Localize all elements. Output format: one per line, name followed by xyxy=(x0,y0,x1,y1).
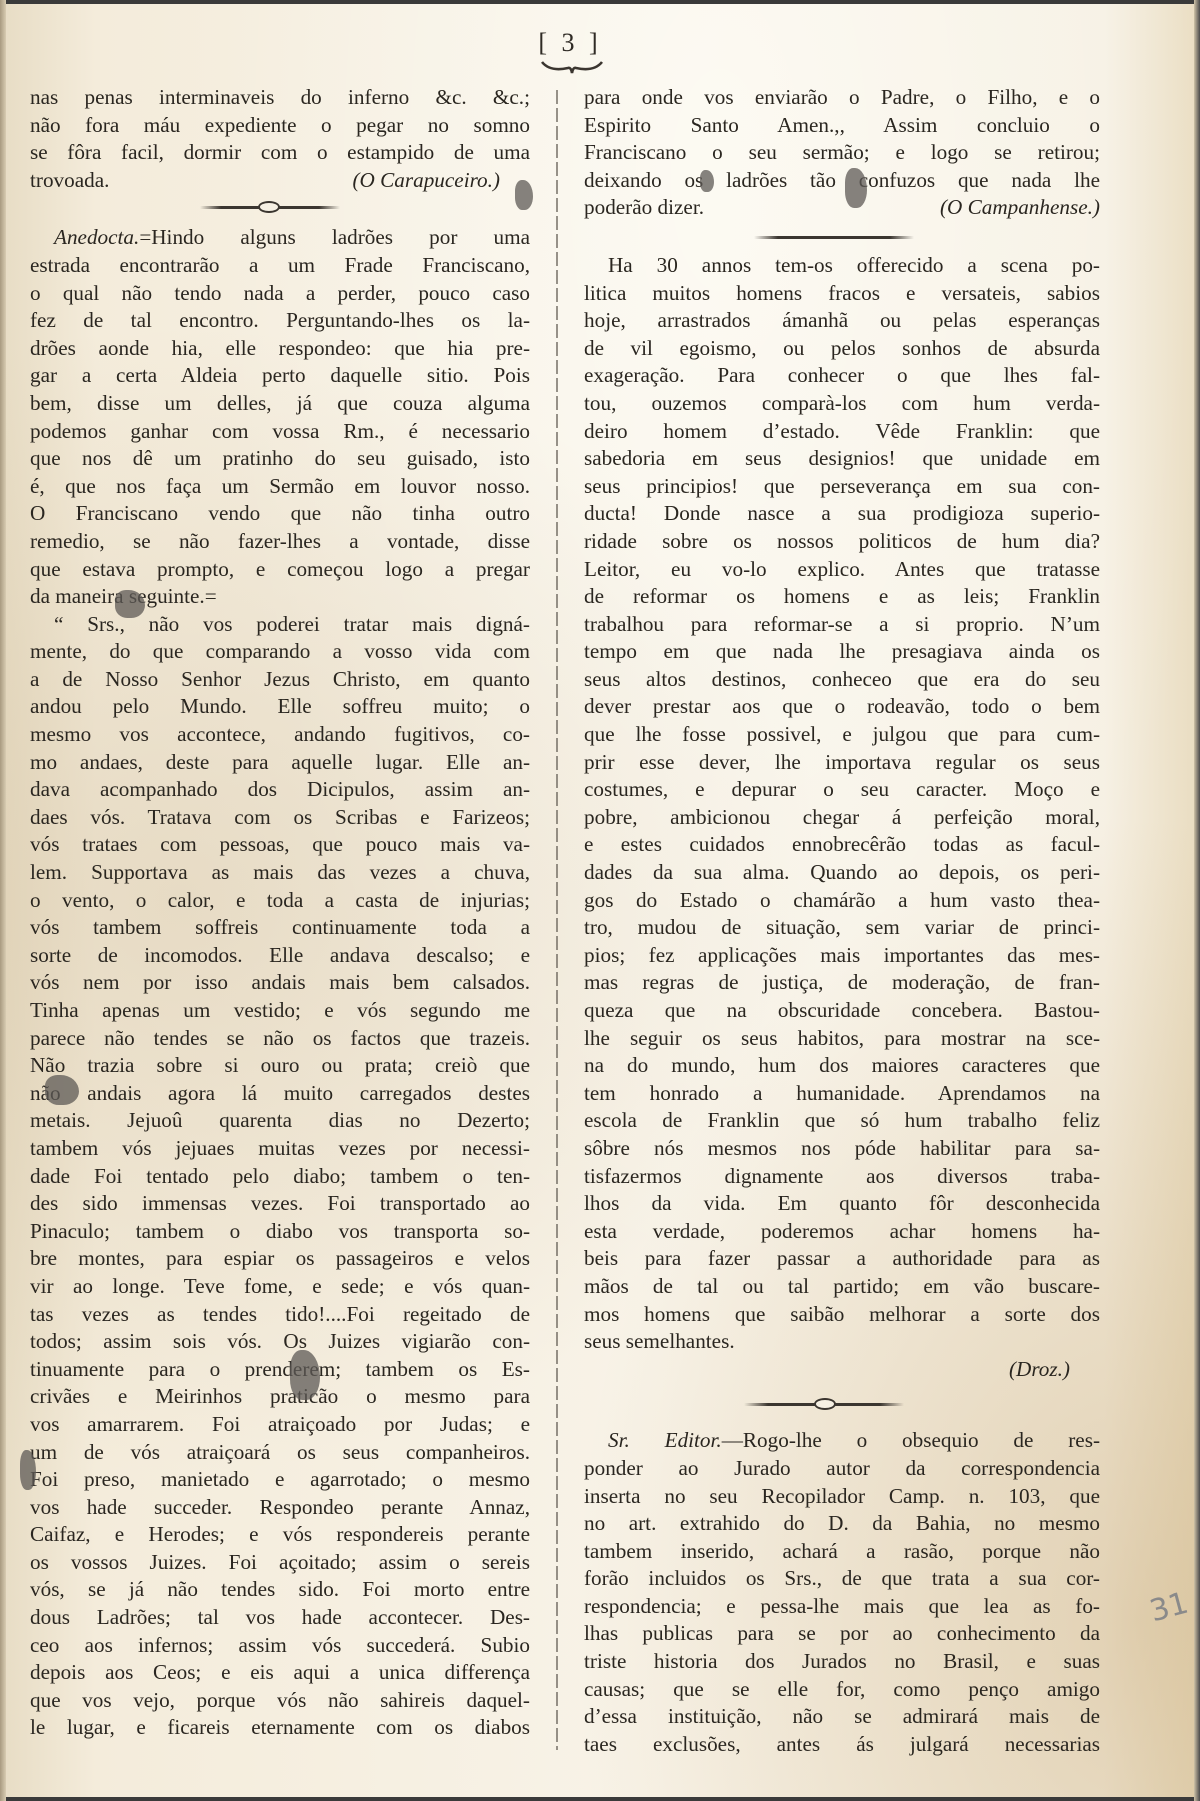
text-line: estrada encontrarão a um Frade Francisca… xyxy=(30,252,530,280)
text-line: des sido immensas vezes. Foi transportad… xyxy=(30,1190,530,1218)
text-line: que estava prompto, e começou logo a pre… xyxy=(30,556,530,584)
text-line: fez de tal encontro. Perguntando-lhes os… xyxy=(30,307,530,335)
text-line: Anedocta.=Hindo alguns ladrões por uma xyxy=(30,224,530,252)
text-line: daes vós. Tratava com os Scribas e Fariz… xyxy=(30,804,530,832)
text-line: trabalhou para reformar-se a si proprio.… xyxy=(584,611,1100,639)
text-line: tem honrado a humanidade. Aprendamos na xyxy=(584,1080,1100,1108)
text-line: escola de Franklin que só hum trabalho f… xyxy=(584,1107,1100,1135)
text-line: O Franciscano vendo que não tinha outro xyxy=(30,500,530,528)
text-line: pios; fez applicações mais importantes d… xyxy=(584,942,1100,970)
text-line: taes exclusões, antes ás julgará necessa… xyxy=(584,1731,1100,1759)
text-line: os vossos Juizes. Foi açoitado; assim o … xyxy=(30,1549,530,1577)
text-line: ponder ao Jurado autor da correspondenci… xyxy=(584,1455,1100,1483)
text-line: bre montes, para espiar os passageiros e… xyxy=(30,1245,530,1273)
scan-bottom-edge xyxy=(0,1797,1200,1801)
text-line: exageração. Para conhecer o que lhes fal… xyxy=(584,362,1100,390)
margin-note: 31 xyxy=(1146,1586,1192,1630)
text-line: dades da sua alma. Quando ao depois, os … xyxy=(584,859,1100,887)
text-line: e estes cuidados ennobrecêrão todas as f… xyxy=(584,831,1100,859)
ink-stain xyxy=(45,1075,79,1105)
text-line: depois aos Ceos; e eis aqui a unica diff… xyxy=(30,1659,530,1687)
text-line: nas penas interminaveis do inferno &c. &… xyxy=(30,84,530,112)
text-line: tempo em que nada lhe presagiava ainda o… xyxy=(584,638,1100,666)
text-line: respondencia; e pessa-lhe mais que lea a… xyxy=(584,1593,1100,1621)
text-line: seus principios! que perseverança em sua… xyxy=(584,473,1100,501)
newspaper-page: [ 3 ] nas penas interminaveis do inferno… xyxy=(0,0,1200,1801)
text-line: tambem inserido, achará a rasão, porque … xyxy=(584,1538,1100,1566)
text-line: ceo aos infernos; assim vós succederá. S… xyxy=(30,1632,530,1660)
brace-ornament-icon xyxy=(540,60,604,74)
text-line: lhos da vida. Em quanto fôr desconhecida xyxy=(584,1190,1100,1218)
ink-stain xyxy=(20,1450,36,1490)
text-line: inserta no seu Recopilador Camp. n. 103,… xyxy=(584,1483,1100,1511)
text-line: que nos dê um pratinho do seu guisado, i… xyxy=(30,445,530,473)
text-line: mos homens que saibão melhorar a sorte d… xyxy=(584,1301,1100,1329)
ink-stain xyxy=(700,170,714,192)
text-line: metais. Jejuoû quarenta dias no Dezerto; xyxy=(30,1107,530,1135)
source-attribution: (O Carapuceiro.) xyxy=(352,167,530,195)
text-line: d’essa instituição, não se admirará mais… xyxy=(584,1703,1100,1731)
text-line: Não trazia sobre si ouro ou prata; creiò… xyxy=(30,1052,530,1080)
text-line: lem. Supportava as mais das vezes a chuv… xyxy=(30,859,530,887)
text-line: ducta! Donde nasce a sua prodigioza supe… xyxy=(584,500,1100,528)
text-line: sabedoria em seus designios! que unidade… xyxy=(584,445,1100,473)
text-line: de vil egoismo, ou pelos sonhos de absur… xyxy=(584,335,1100,363)
text-line: não andais agora lá muito carregados des… xyxy=(30,1080,530,1108)
scan-top-edge xyxy=(0,0,1200,4)
text-line: “ Srs., não vos poderei tratar mais dign… xyxy=(30,611,530,639)
text-line: sôbre nós mesmos nos póde habilitar para… xyxy=(584,1135,1100,1163)
text-line: costumes, e depurar o seu caracter. Moço… xyxy=(584,776,1100,804)
text-line: dever prestar aos que o rodeavão, todo o… xyxy=(584,693,1100,721)
text-line: é, que nos faça um Sermão em louvor noss… xyxy=(30,473,530,501)
text-line: deixando os ladrões tão confuzos que nad… xyxy=(584,167,1100,195)
text-line: o vento, o calor, e toda a casta de inju… xyxy=(30,887,530,915)
text-line: sorte de incomodos. Elle andava descalso… xyxy=(30,942,530,970)
article-label: Sr. Editor. xyxy=(608,1428,722,1452)
text-line: andou pelo Mundo. Elle soffreu muito; o xyxy=(30,693,530,721)
section-divider xyxy=(584,1383,1100,1427)
text-line: vós, se já não tendes sido. Foi morto en… xyxy=(30,1576,530,1604)
text-line: dous Ladrões; tal vos hade accontecer. D… xyxy=(30,1604,530,1632)
text-line: vos hade succeder. Respondeo perante Ann… xyxy=(30,1494,530,1522)
text-line: para onde vos enviarão o Padre, o Filho,… xyxy=(584,84,1100,112)
text-line: Espirito Santo Amen.,, Assim concluio o xyxy=(584,112,1100,140)
text-fragment: poderão dizer. xyxy=(584,195,704,219)
article-label: Anedocta. xyxy=(54,225,139,249)
text-line: mente, do que comparando a vosso vida co… xyxy=(30,638,530,666)
text-line: queza que na obscuridade concebera. Bast… xyxy=(584,997,1100,1025)
text-line: a de Nosso Senhor Jezus Christo, em quan… xyxy=(30,666,530,694)
page-number: [ 3 ] xyxy=(535,28,605,58)
text-line: pobre, ambicionou chegar á perfeição mor… xyxy=(584,804,1100,832)
ink-stain xyxy=(515,180,533,210)
text-line: bem, disse um delles, já que couza algum… xyxy=(30,390,530,418)
text-line: triste historia dos Jurados no Brasil, e… xyxy=(584,1648,1100,1676)
section-divider xyxy=(584,222,1100,252)
text-line: remedio, se não fazer-lhes a vontade, di… xyxy=(30,528,530,556)
text-line: beis para fazer passar a authoridade par… xyxy=(584,1245,1100,1273)
text-line: podemos ganhar com vossa Rm., é necessar… xyxy=(30,418,530,446)
text-line: crivães e Meirinhos praticão o mesmo par… xyxy=(30,1383,530,1411)
text-line: Tinha apenas um vestido; e vós segundo m… xyxy=(30,997,530,1025)
text-line: vos amarrarem. Foi atraiçoado por Judas;… xyxy=(30,1411,530,1439)
source-attribution: (Droz.) xyxy=(584,1356,1100,1384)
ink-stain xyxy=(115,590,145,618)
text-line: vós nem por isso andais mais bem calsado… xyxy=(30,969,530,997)
text-line: vir ao longe. Teve fome, e sede; e vós q… xyxy=(30,1273,530,1301)
text-line: o qual não tendo nada a perder, pouco ca… xyxy=(30,280,530,308)
text-line: le lugar, e ficareis eternamente com os … xyxy=(30,1714,530,1742)
text-line: mesmo vos accontece, andando fugitivos, … xyxy=(30,721,530,749)
ink-stain xyxy=(845,168,867,208)
text-line: gos do Estado o chamárão a hum vasto the… xyxy=(584,887,1100,915)
text-line: esta verdade, poderemos achar homens ha- xyxy=(584,1218,1100,1246)
text-line: um de vós atraiçoará os seus companheiro… xyxy=(30,1439,530,1467)
text-line: forão incluidos os Srs., de que trata a … xyxy=(584,1565,1100,1593)
text-line: tas vezes as tendes tido!....Foi regeita… xyxy=(30,1301,530,1329)
text-line: ridade sobre os nossos politicos de hum … xyxy=(584,528,1100,556)
text-line: que vos vejo, porque vós não sahireis da… xyxy=(30,1687,530,1715)
text-line: Caifaz, e Herodes; e vós respondereis pe… xyxy=(30,1521,530,1549)
text-line: drões aonde hia, elle respondeo: que hia… xyxy=(30,335,530,363)
text-line: Sr. Editor.—Rogo-lhe o obsequio de res- xyxy=(584,1427,1100,1455)
text-line: tou, ouzemos comparà-los com hum verda- xyxy=(584,390,1100,418)
text-line: no art. extrahido do D. da Bahia, no mes… xyxy=(584,1510,1100,1538)
text-line: seus altos destinos, conheceo que era do… xyxy=(584,666,1100,694)
source-attribution: (O Campanhense.) xyxy=(940,194,1100,222)
left-column: nas penas interminaveis do inferno &c. &… xyxy=(30,84,530,1742)
divider-ornament-icon xyxy=(258,201,280,213)
ink-stain xyxy=(290,1350,320,1400)
column-divider xyxy=(556,90,558,1750)
text-line: todos; assim sois vós. Os Juizes vigiarã… xyxy=(30,1328,530,1356)
text-line: Foi preso, manietado e agarrotado; o mes… xyxy=(30,1466,530,1494)
text-line: tambem vós jejuaes muitas vezes por nece… xyxy=(30,1135,530,1163)
text-line: vós tambem soffreis continuamente toda a xyxy=(30,914,530,942)
text-line: da maneira seguinte.= xyxy=(30,583,530,611)
text-line: lhas publicas para se por ao conheciment… xyxy=(584,1620,1100,1648)
text-line: deiro homem d’estado. Vêde Franklin: que xyxy=(584,418,1100,446)
text-line: que lhe fosse possivel, e julgou que par… xyxy=(584,721,1100,749)
text-line: tisfazermos dignamente aos diversos trab… xyxy=(584,1163,1100,1191)
text-line: Ha 30 annos tem-os offerecido a scena po… xyxy=(584,252,1100,280)
text-line: dade Foi tentado pelo diabo; tambem o te… xyxy=(30,1163,530,1191)
text-line: litica muitos homens fracos e versateis,… xyxy=(584,280,1100,308)
text-line: seus semelhantes. xyxy=(584,1328,1100,1356)
text-line: gar a certa Aldeia perto daquelle sitio.… xyxy=(30,362,530,390)
divider-ornament-icon xyxy=(814,1398,836,1410)
text-line: tro, mudou de situação, sem variar de pr… xyxy=(584,914,1100,942)
text-line: mas regras de justiça, de moderação, de … xyxy=(584,969,1100,997)
text-line: causas; que se elle for, como penço amig… xyxy=(584,1676,1100,1704)
text-line: vós trataes com pessoas, que pouco mais … xyxy=(30,831,530,859)
text-line: de reformar os homens e as leis; Frankli… xyxy=(584,583,1100,611)
text-line: trovoada. (O Carapuceiro.) xyxy=(30,167,530,195)
text-line: poderão dizer. (O Campanhense.) xyxy=(584,194,1100,222)
text-line: Leitor, eu vo-lo explico. Antes que trat… xyxy=(584,556,1100,584)
text-line: lhe seguir os seus habitos, para mostrar… xyxy=(584,1025,1100,1053)
text-line: mãos de tal ou tal partido; em vão busca… xyxy=(584,1273,1100,1301)
text-line: tinuamente para o prenderem; tambem os E… xyxy=(30,1356,530,1384)
text-line: não fora máu expediente o pegar no somno xyxy=(30,112,530,140)
text-line: parece não tendes se não os factos que t… xyxy=(30,1025,530,1053)
section-divider xyxy=(30,194,530,224)
text-line: mo andaes, deste para aquelle lugar. Ell… xyxy=(30,749,530,777)
scan-right-edge xyxy=(1194,0,1200,1801)
text-line: na do mundo, hum dos maiores caracteres … xyxy=(584,1052,1100,1080)
text-line: se fôra facil, dormir com o estampido de… xyxy=(30,139,530,167)
text-line: hoje, arrastrados ámanhã ou pelas espera… xyxy=(584,307,1100,335)
text-line: Pinaculo; tambem o diabo vos transporta … xyxy=(30,1218,530,1246)
text-line: dava acompanhado dos Dicipulos, assim an… xyxy=(30,776,530,804)
text-line: Franciscano o seu sermão; e logo se reti… xyxy=(584,139,1100,167)
right-column: para onde vos enviarão o Padre, o Filho,… xyxy=(584,84,1100,1758)
scan-left-edge xyxy=(0,0,6,1801)
text-line: prir esse dever, lhe importava regular o… xyxy=(584,749,1100,777)
text-fragment: trovoada. xyxy=(30,168,109,192)
